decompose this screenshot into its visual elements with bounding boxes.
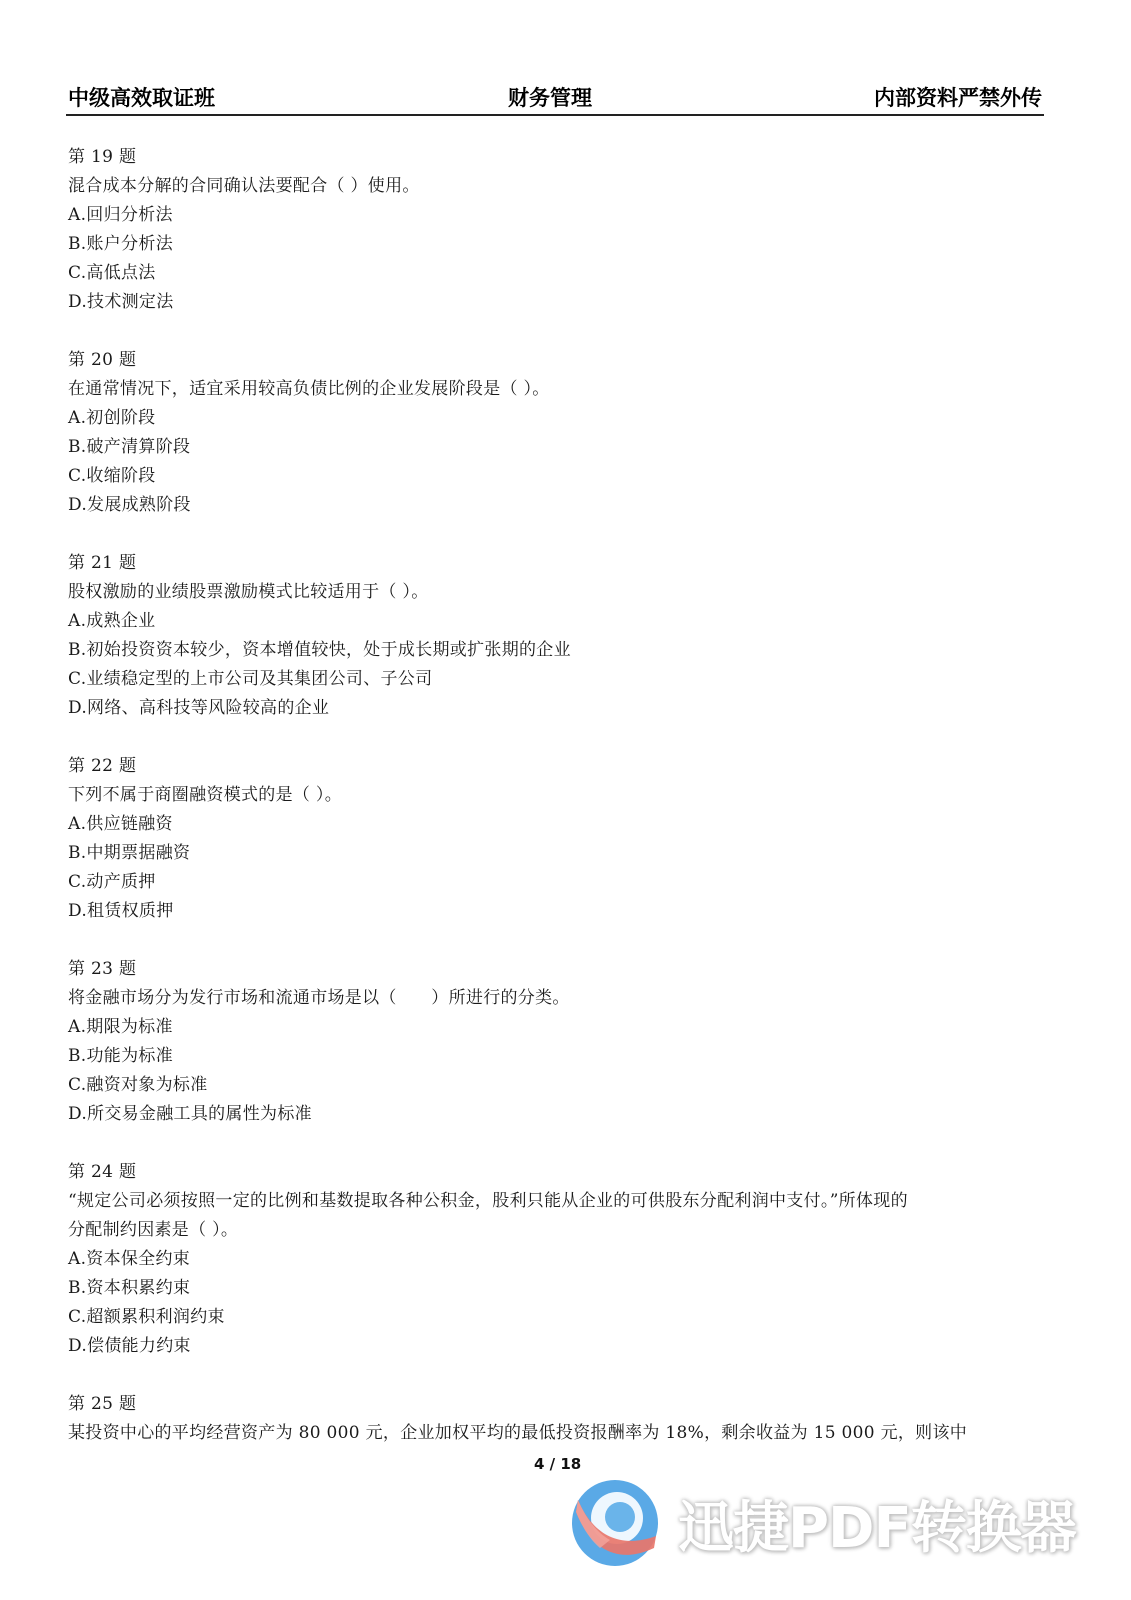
question-24: 第 24 题 “规定公司必须按照一定的比例和基数提取各种公积金，股利只能从企业的… [68,1158,1048,1361]
question-23: 第 23 题 将金融市场分为发行市场和流通市场是以（ ）所进行的分类。 A.期限… [68,955,1048,1129]
question-21: 第 21 题 股权激励的业绩股票激励模式比较适用于（ ）。 A.成熟企业 B.初… [68,549,1048,723]
question-19: 第 19 题 混合成本分解的合同确认法要配合（ ）使用。 A.回归分析法 B.账… [68,143,1048,317]
converter-watermark: 迅捷PDF转换器 [570,1478,1090,1588]
option-c: C.收缩阶段 [68,462,1048,491]
option-b: B.资本积累约束 [68,1274,1048,1303]
option-a: A.初创阶段 [68,404,1048,433]
option-a: A.成熟企业 [68,607,1048,636]
option-a: A.资本保全约束 [68,1245,1048,1274]
question-25: 第 25 题 某投资中心的平均经营资产为 80 000 元，企业加权平均的最低投… [68,1390,1048,1448]
question-number: 第 22 题 [68,752,1048,781]
question-number: 第 20 题 [68,346,1048,375]
question-22: 第 22 题 下列不属于商圈融资模式的是（ ）。 A.供应链融资 B.中期票据融… [68,752,1048,926]
option-b: B.账户分析法 [68,230,1048,259]
question-stem: 某投资中心的平均经营资产为 80 000 元，企业加权平均的最低投资报酬率为 1… [68,1419,1048,1448]
option-a: A.回归分析法 [68,201,1048,230]
option-c: C.高低点法 [68,259,1048,288]
question-number: 第 24 题 [68,1158,1048,1187]
option-b: B.功能为标准 [68,1042,1048,1071]
question-stem: 在通常情况下，适宜采用较高负债比例的企业发展阶段是（ ）。 [68,375,1048,404]
option-c: C.动产质押 [68,868,1048,897]
watermark-text: 迅捷PDF转换器 [678,1484,1076,1564]
question-stem-line-1: “规定公司必须按照一定的比例和基数提取各种公积金，股利只能从企业的可供股东分配利… [68,1187,1048,1216]
question-stem: 下列不属于商圈融资模式的是（ ）。 [68,781,1048,810]
option-b: B.破产清算阶段 [68,433,1048,462]
option-d: D.网络、高科技等风险较高的企业 [68,694,1048,723]
question-20: 第 20 题 在通常情况下，适宜采用较高负债比例的企业发展阶段是（ ）。 A.初… [68,346,1048,520]
option-d: D.所交易金融工具的属性为标准 [68,1100,1048,1129]
option-b: B.初始投资资本较少，资本增值较快，处于成长期或扩张期的企业 [68,636,1048,665]
option-c: C.超额累积利润约束 [68,1303,1048,1332]
question-stem: 混合成本分解的合同确认法要配合（ ）使用。 [68,172,1048,201]
question-stem-line-2: 分配制约因素是（ ）。 [68,1216,1048,1245]
option-d: D.租赁权质押 [68,897,1048,926]
header-subject: 财务管理 [508,82,592,112]
question-stem: 将金融市场分为发行市场和流通市场是以（ ）所进行的分类。 [68,984,1048,1013]
option-d: D.偿债能力约束 [68,1332,1048,1361]
option-b: B.中期票据融资 [68,839,1048,868]
xunjie-pdf-logo-icon [570,1478,660,1568]
question-number: 第 23 题 [68,955,1048,984]
page-indicator: 4 / 18 [534,1455,581,1473]
header-confidential-note: 内部资料严禁外传 [874,82,1042,112]
option-c: C.业绩稳定型的上市公司及其集团公司、子公司 [68,665,1048,694]
question-list: 第 19 题 混合成本分解的合同确认法要配合（ ）使用。 A.回归分析法 B.账… [68,143,1048,1477]
question-stem: 股权激励的业绩股票激励模式比较适用于（ ）。 [68,578,1048,607]
header-course-name: 中级高效取证班 [68,82,215,112]
option-c: C.融资对象为标准 [68,1071,1048,1100]
question-number: 第 19 题 [68,143,1048,172]
option-d: D.技术测定法 [68,288,1048,317]
option-d: D.发展成熟阶段 [68,491,1048,520]
option-a: A.期限为标准 [68,1013,1048,1042]
page-header: 中级高效取证班 财务管理 内部资料严禁外传 [66,80,1044,116]
option-a: A.供应链融资 [68,810,1048,839]
question-number: 第 25 题 [68,1390,1048,1419]
question-number: 第 21 题 [68,549,1048,578]
